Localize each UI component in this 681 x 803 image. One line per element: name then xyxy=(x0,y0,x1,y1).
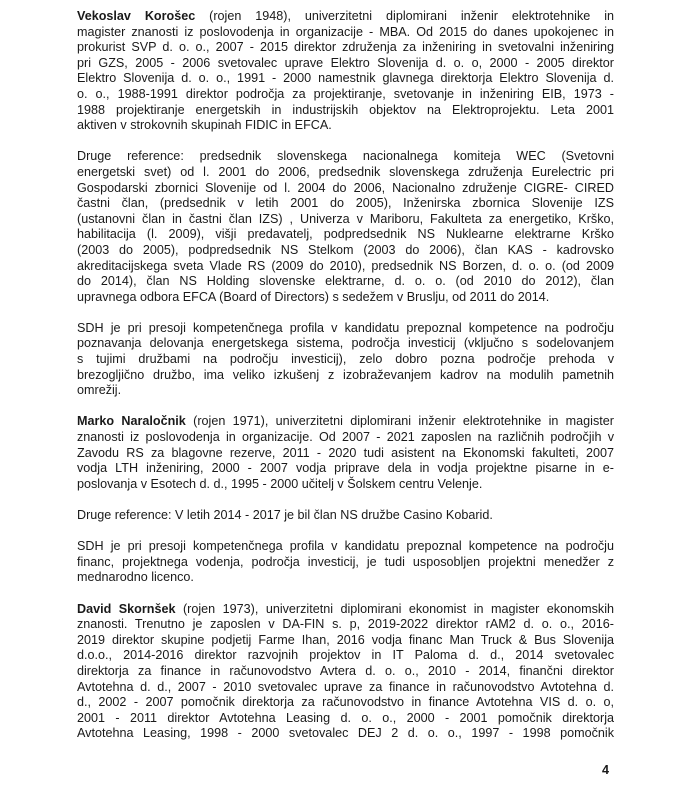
person-name: Marko Naraločnik xyxy=(77,414,186,428)
other-references-korosec: Druge reference: predsednik slovenskega … xyxy=(77,149,614,305)
other-references-naralocnik: Druge reference: V letih 2014 - 2017 je … xyxy=(77,508,614,524)
sdh-assessment-naralocnik: SDH je pri presoji kompetenčnega profila… xyxy=(77,539,614,586)
person-name: David Skornšek xyxy=(77,602,175,616)
page-number: 4 xyxy=(602,763,609,777)
bio-korosec: Vekoslav Korošec (rojen 1948), univerzit… xyxy=(77,9,614,134)
document-page: Vekoslav Korošec (rojen 1948), univerzit… xyxy=(77,9,614,758)
person-name: Vekoslav Korošec xyxy=(77,9,195,23)
bio-skornsek: David Skornšek (rojen 1973), univerzitet… xyxy=(77,602,614,742)
sdh-assessment-korosec: SDH je pri presoji kompetenčnega profila… xyxy=(77,321,614,399)
bio-naralocnik: Marko Naraločnik (rojen 1971), univerzit… xyxy=(77,414,614,492)
